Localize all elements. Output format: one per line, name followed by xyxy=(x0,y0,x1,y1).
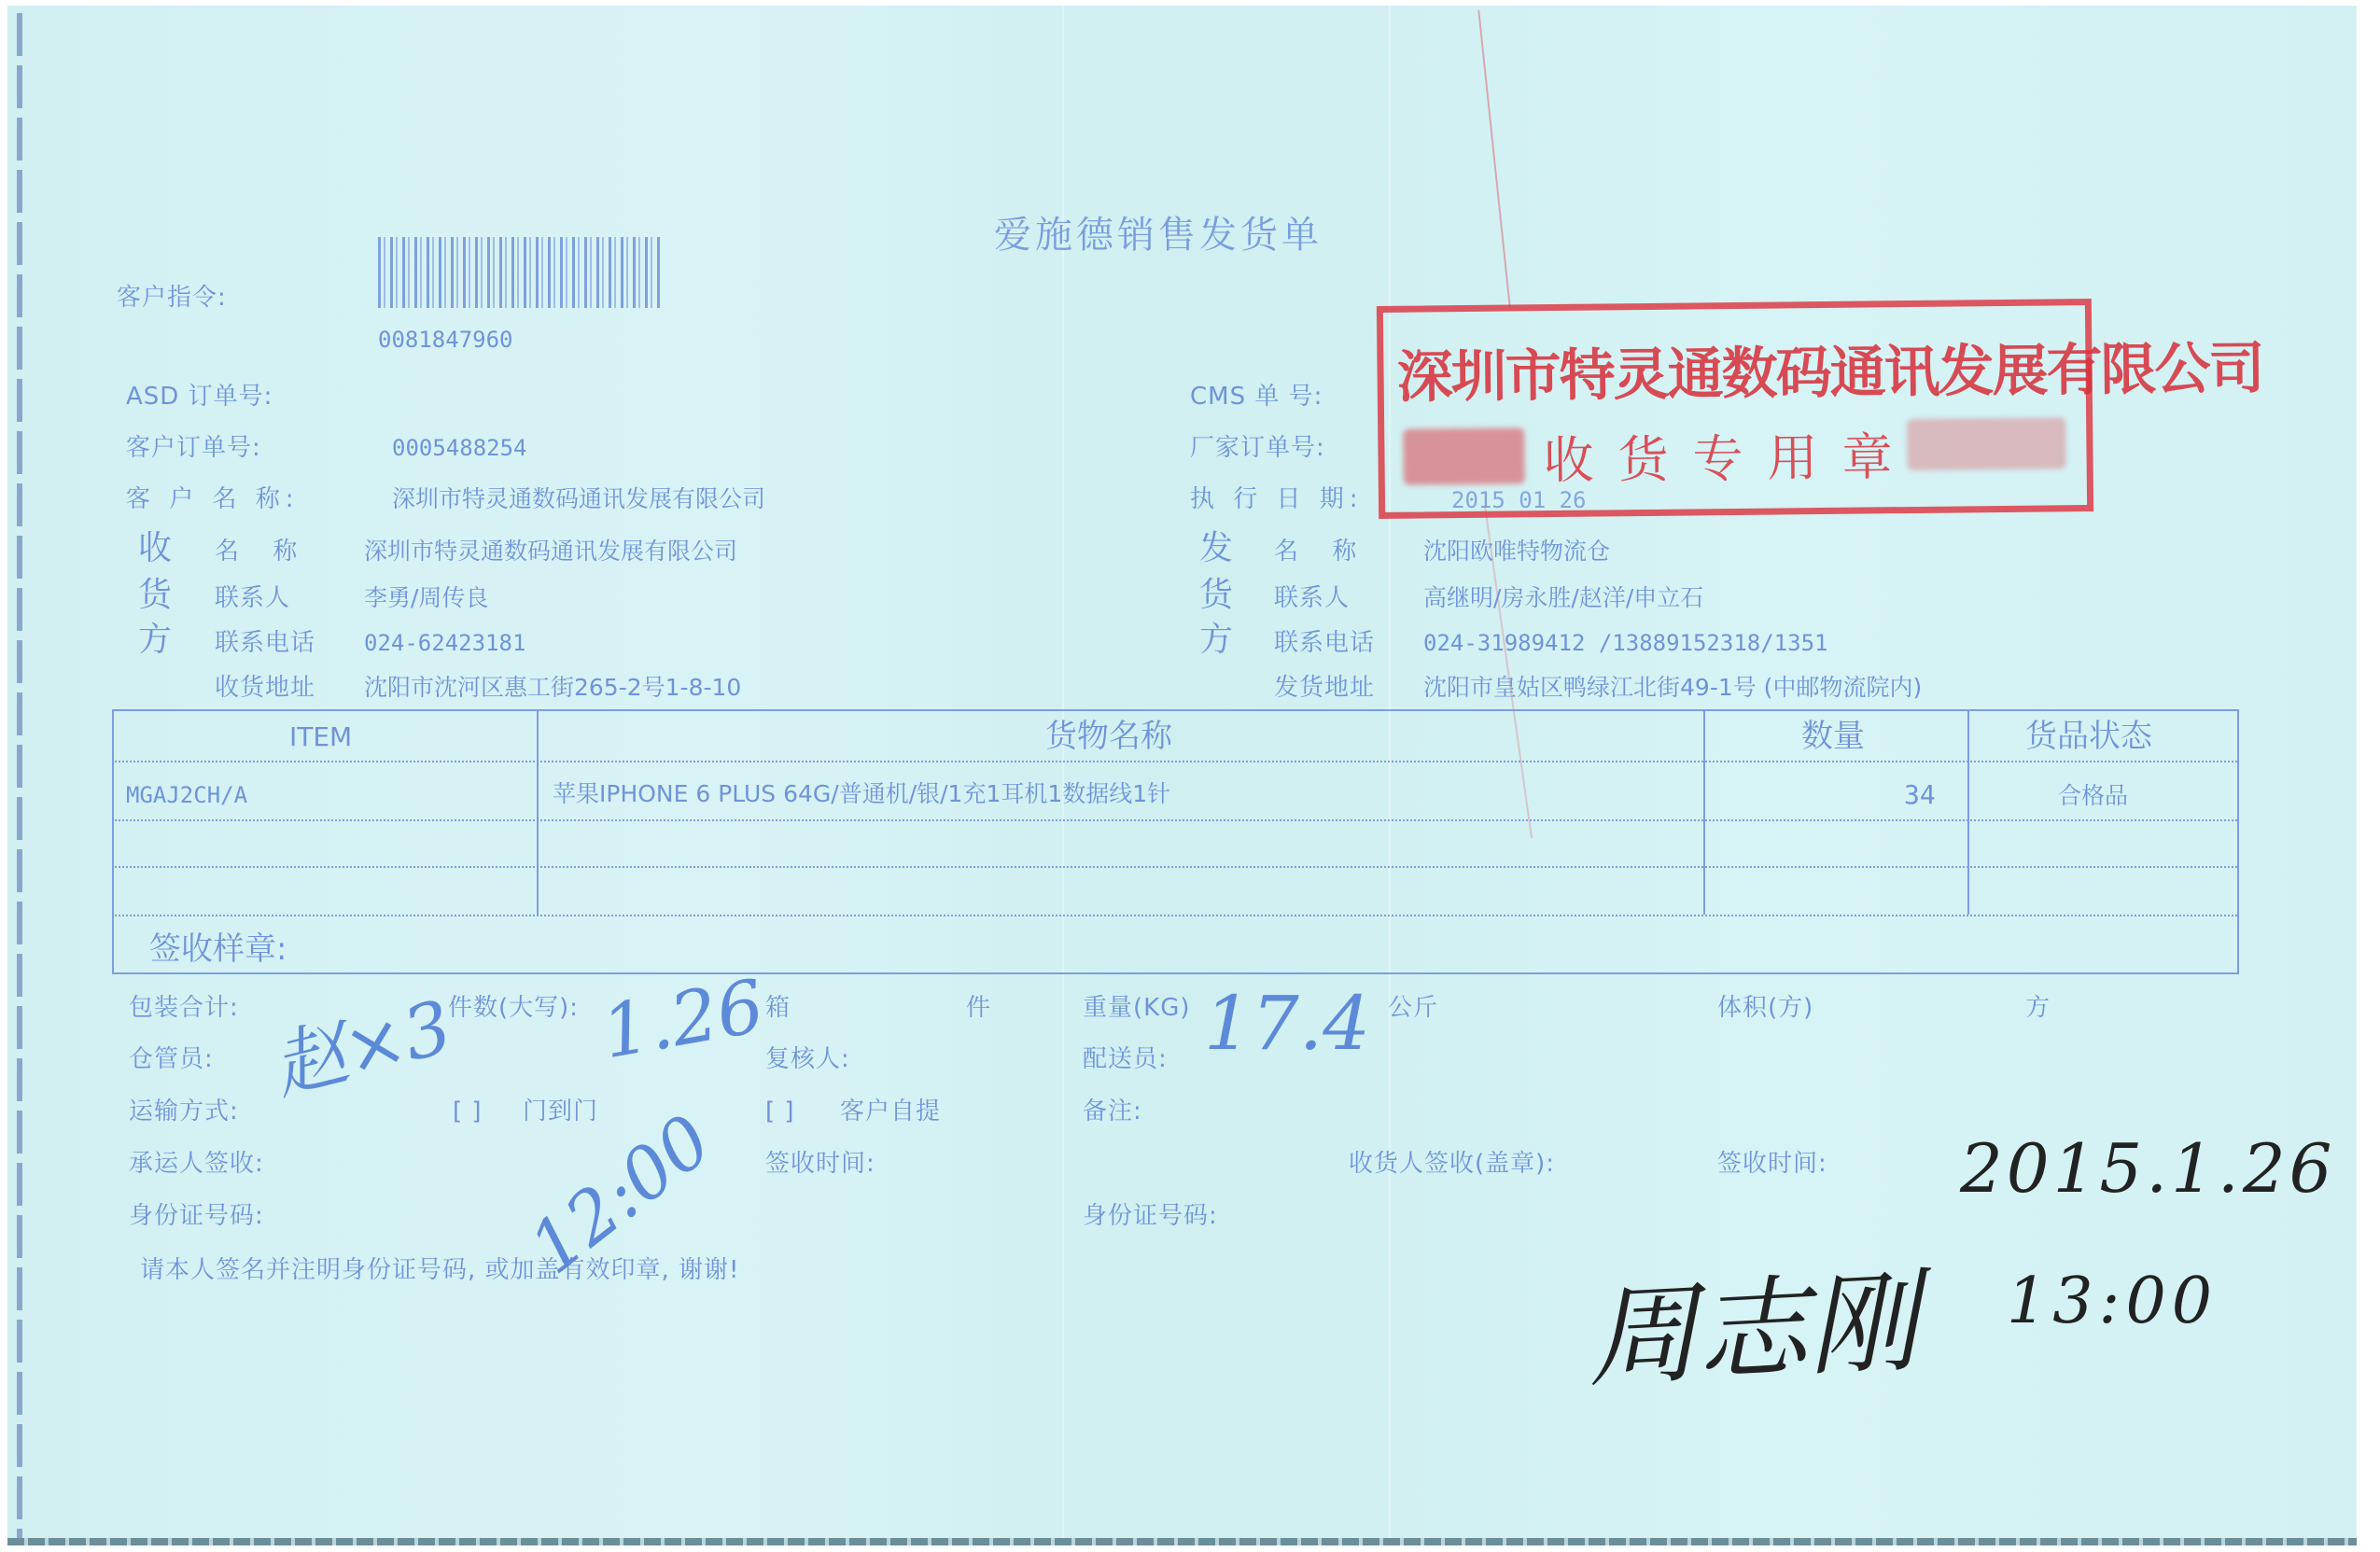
receiver-side-char: 收 xyxy=(138,532,172,566)
table-header-item: ITEM xyxy=(289,724,352,750)
carrier-sign-label: 承运人签收: xyxy=(129,1152,264,1176)
shipper-contact-value: 高继明/房永胜/赵洋/申立石 xyxy=(1423,586,1703,609)
table-header-status: 货品状态 xyxy=(2025,720,2152,752)
table-divider xyxy=(537,709,539,915)
cell-status: 合格品 xyxy=(2058,784,2128,807)
receiver-address-value: 沈阳市沈河区惠工街265-2号1-8-10 xyxy=(364,676,741,699)
exec-date-label: 执 行 日 期: xyxy=(1190,487,1364,511)
table-row-line xyxy=(112,761,2237,762)
door-to-door-label: 门到门 xyxy=(523,1099,598,1124)
id-number-label: 身份证号码: xyxy=(129,1204,264,1228)
table-divider xyxy=(1967,709,1969,915)
customer-instruction-label: 客户指令: xyxy=(117,286,227,310)
stamp-company-name: 深圳市特灵通数码通讯发展有限公司 xyxy=(1396,324,2263,413)
table-header-goods-name: 货物名称 xyxy=(1045,720,1172,752)
package-total-label: 包装合计: xyxy=(129,996,239,1020)
self-pickup-label: 客户自提 xyxy=(840,1099,941,1124)
customer-name-label: 客 户 名 称: xyxy=(126,487,300,511)
document-title: 爱施德销售发货单 xyxy=(994,217,1323,254)
receiver-contact-label: 联系人 xyxy=(215,586,290,610)
shipper-address-value: 沈阳市皇姑区鸭绿江北街49-1号 (中邮物流院内) xyxy=(1423,676,1922,699)
shipper-contact-label: 联系人 xyxy=(1274,586,1350,610)
reviewer-label: 复核人: xyxy=(765,1047,850,1071)
volume-label: 体积(方) xyxy=(1717,996,1813,1020)
receiver-sign-label: 收货人签收(盖章): xyxy=(1349,1152,1555,1176)
self-pickup-checkbox[interactable]: [ ] xyxy=(765,1099,795,1124)
cell-quantity: 34 xyxy=(1904,782,1936,808)
asd-order-label: ASD 订单号: xyxy=(126,385,273,409)
shipper-address-label: 发货地址 xyxy=(1274,676,1375,700)
shipper-phone-label: 联系电话 xyxy=(1274,631,1375,655)
shipper-side-char: 发 xyxy=(1199,532,1233,566)
weight-unit: 公斤 xyxy=(1388,996,1438,1020)
items-table xyxy=(112,709,2239,974)
dispatcher-label: 配送员: xyxy=(1083,1047,1168,1071)
handwritten-receive-date: 2015.1.26 xyxy=(1960,1129,2335,1208)
volume-unit: 方 xyxy=(2025,996,2051,1020)
receiver-name-value: 深圳市特灵通数码通讯发展有限公司 xyxy=(364,539,737,563)
stamp-smudge xyxy=(1403,427,1525,484)
shipper-name-label: 名 称 xyxy=(1274,539,1369,564)
stamp-smudge xyxy=(1907,417,2066,470)
handwritten-receiver-signature: 周志刚 xyxy=(1583,1233,1921,1408)
receiving-stamp: 深圳市特灵通数码通讯发展有限公司 收货专用章 xyxy=(1377,299,2093,519)
weight-label: 重量(KG) xyxy=(1083,996,1191,1020)
cell-item-code: MGAJ2CH/A xyxy=(126,784,247,806)
table-row-line xyxy=(112,866,2237,868)
shipper-name-value: 沈阳欧唯特物流仓 xyxy=(1423,539,1610,563)
receiver-sign-time-label: 签收时间: xyxy=(1717,1152,1827,1176)
barcode-icon xyxy=(378,237,663,308)
customer-name-value: 深圳市特灵通数码通讯发展有限公司 xyxy=(392,487,765,510)
box-label: 箱 xyxy=(765,996,791,1020)
signing-notice: 请本人签名并注明身份证号码, 或加盖有效印章, 谢谢! xyxy=(140,1258,739,1282)
customer-order-label: 客户订单号: xyxy=(126,436,261,460)
table-row-line xyxy=(112,819,2237,821)
id-number-label: 身份证号码: xyxy=(1083,1204,1218,1228)
table-row-line xyxy=(112,915,2237,916)
pieces-uppercase-label: 件数(大写): xyxy=(448,996,579,1020)
tractor-feed-perforation xyxy=(17,13,22,1544)
shipper-side-char: 方 xyxy=(1199,623,1233,657)
receiver-address-label: 收货地址 xyxy=(215,676,315,700)
shipper-phone-value: 024-31989412 /13889152318/1351 xyxy=(1423,632,1827,654)
signature-sample-label: 签收样章: xyxy=(149,933,287,965)
receiver-name-label: 名 称 xyxy=(215,539,310,564)
receiver-phone-value: 024-62423181 xyxy=(364,632,525,654)
shipper-side-char: 货 xyxy=(1199,579,1233,612)
piece-label: 件 xyxy=(966,996,991,1020)
receiver-contact-value: 李勇/周传良 xyxy=(364,586,488,609)
receiver-side-char: 货 xyxy=(138,579,172,612)
factory-order-label: 厂家订单号: xyxy=(1190,436,1325,460)
receiver-phone-label: 联系电话 xyxy=(215,631,315,655)
carrier-sign-time-label: 签收时间: xyxy=(765,1152,875,1176)
handwritten-weight: 17.4 xyxy=(1204,980,1370,1067)
handwritten-receive-time: 13:00 xyxy=(2007,1265,2218,1338)
transport-method-label: 运输方式: xyxy=(129,1099,239,1124)
remarks-label: 备注: xyxy=(1083,1099,1142,1124)
customer-order-value: 0005488254 xyxy=(392,437,527,459)
cms-number-label: CMS 单 号: xyxy=(1190,385,1323,409)
receiver-side-char: 方 xyxy=(138,623,172,657)
stamp-purpose: 收货专用章 xyxy=(1543,417,1917,493)
table-header-quantity: 数量 xyxy=(1801,720,1865,752)
warehouse-keeper-label: 仓管员: xyxy=(129,1047,214,1071)
cell-goods-name: 苹果IPHONE 6 PLUS 64G/普通机/银/1充1耳机1数据线1针 xyxy=(553,782,1170,805)
table-divider xyxy=(1703,709,1705,915)
customer-instruction-number: 0081847960 xyxy=(378,329,513,351)
door-to-door-checkbox[interactable]: [ ] xyxy=(453,1099,483,1124)
